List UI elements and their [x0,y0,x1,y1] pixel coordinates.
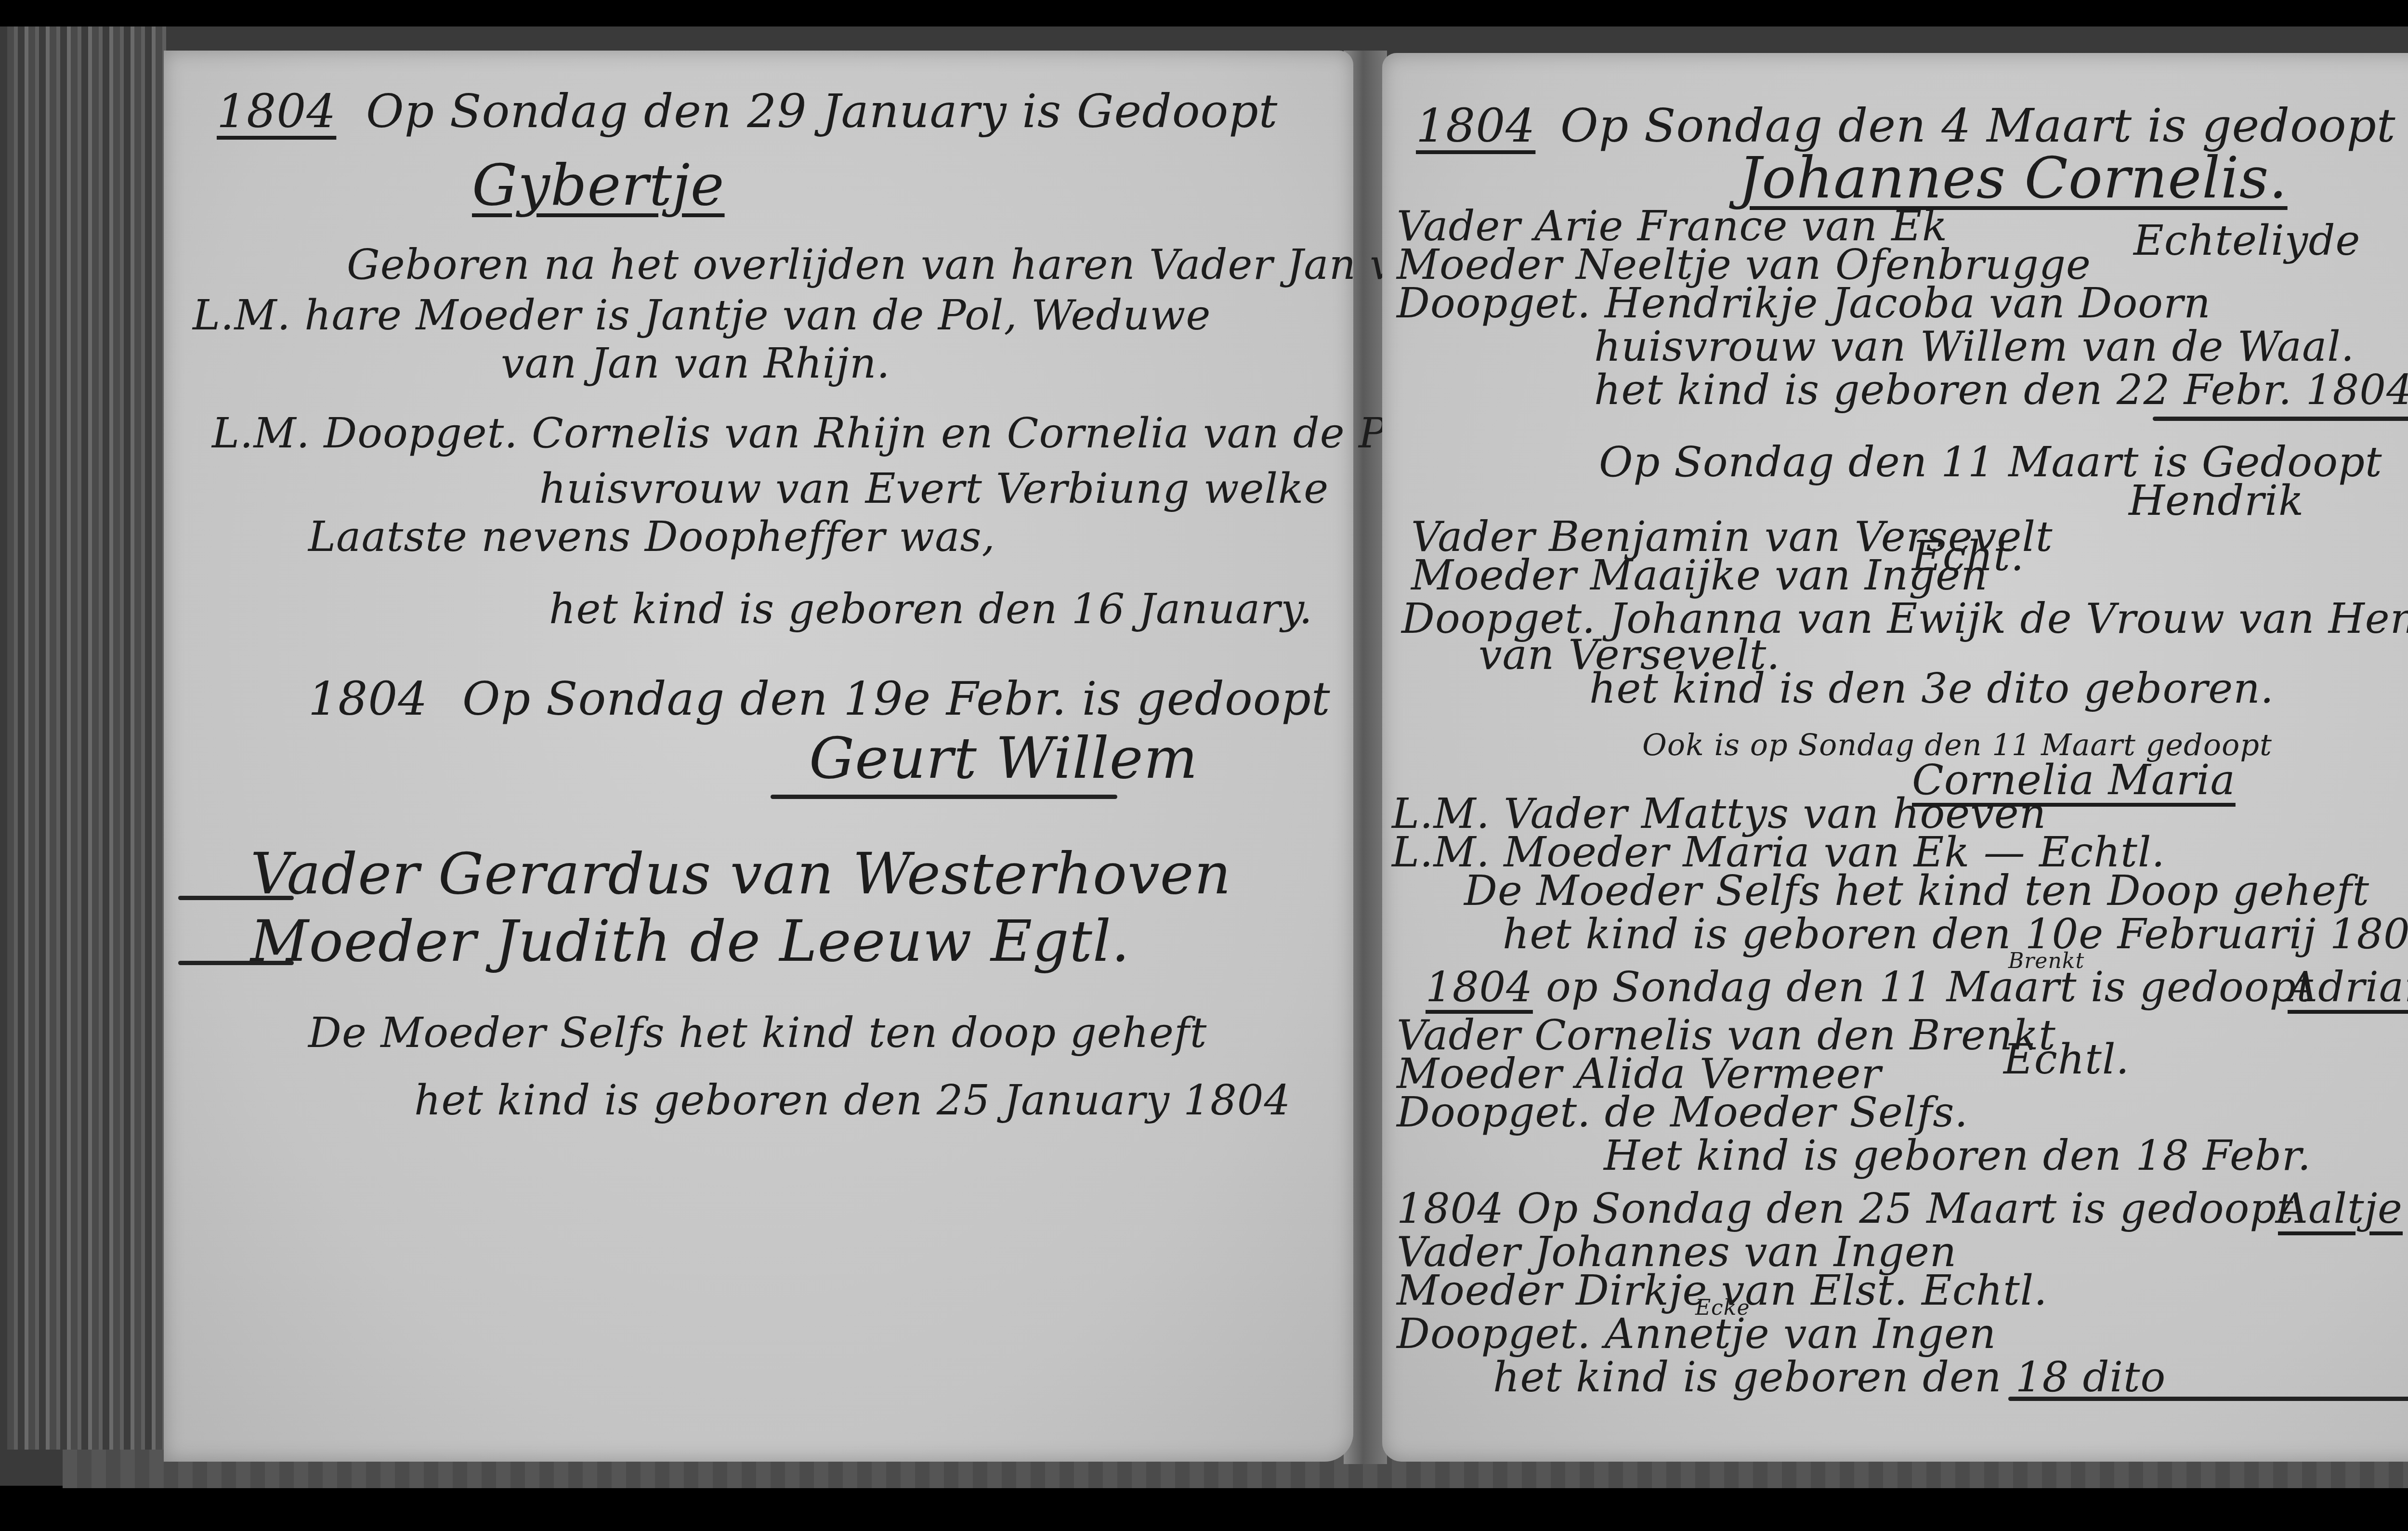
margin-dash [178,961,294,965]
entry-line: Laatste nevens Doopheffer was, [308,513,995,561]
entry-line: De Moeder Selfs het kind ten doop geheft [308,1009,1207,1057]
entry-line: Moeder Maaijke van Ingen [1411,551,1988,600]
entry-line: huisvrouw van Willem van de Waal. [1594,323,2355,371]
entry-line: van Jan van Rhijn. [501,340,890,388]
child-name: Hendrik [2129,477,2304,525]
underline-rule [2153,417,2408,421]
entry-line: L.M. Doopget. Cornelis van Rhijn en Corn… [212,409,1425,458]
closing-rule [2008,1397,2408,1401]
entry-line: Moeder Judith de Leeuw Egtl. [250,908,1130,974]
entry-year: 1804 [1416,99,1535,153]
entry-heading: Op Sondag den 25 Maart is gedoopt [1517,1185,2294,1233]
bracket-note: Echt. [1912,532,2024,580]
entry-heading: Op Sondag den 29 January is Gedoopt [366,84,1278,138]
bracket-note: Echtl. [2003,1035,2130,1084]
entry-line: het kind is geboren den 16 January. [549,585,1313,633]
entry-line: L.M. hare Moeder is Jantje van de Pol, W… [193,291,1211,340]
entry-year: 1804 [1426,963,1533,1011]
entry-line: het kind is geboren den 10e Februarij 18… [1503,910,2408,958]
entry-line: Doopget. de Moeder Selfs. [1397,1088,1968,1137]
entry-line: het kind is geboren den 25 January 1804 [414,1076,1291,1125]
entry-year: 1804 [308,672,428,726]
entry-heading: Op Sondag den 19e Febr. is gedoopt [462,672,1331,726]
child-name: Geurt Willem [809,725,1198,791]
entry-line: Het kind is geboren den 18 Febr. [1604,1132,2311,1180]
entry-line: Vader Gerardus van Westerhoven [250,840,1231,907]
entry-year: 1804 [1397,1185,1504,1233]
entry-line: Doopget. Annetje van Ingen [1397,1310,1996,1358]
underline-rule [771,795,1117,799]
bracket-note: Echteliyde [2133,217,2360,265]
left-page: 1804 Op Sondag den 29 January is Gedoopt… [164,51,1353,1462]
entry-line: De Moeder Selfs het kind ten Doop geheft [1464,867,2369,915]
child-name: Adrianus. [2288,963,2408,1011]
margin-dash [178,896,294,900]
entry-year: 1804 [217,84,336,138]
child-name: Gybertje [472,152,725,218]
child-name: Aaltje [2278,1185,2403,1233]
entry-line: het kind is geboren den 22 Febr. 1804 [1594,366,2408,414]
entry-line: huisvrouw van Evert Verbiung welke [539,465,1329,513]
entry-heading: op Sondag den 11 Maart is gedoopt [1546,963,2314,1011]
entry-line: Doopget. Hendrikje Jacoba van Doorn [1397,279,2211,327]
entry-line: het kind is den 3e dito geboren. [1589,665,2274,713]
book-page-edges-left [7,26,166,1450]
right-page: 1804 Op Sondag den 4 Maart is gedoopt Jo… [1382,53,2408,1462]
interlinear-correction: Brenkt [2008,949,2084,973]
child-name: Johannes Cornelis. [1739,144,2288,211]
entry-line: het kind is geboren den 18 dito [1493,1353,2166,1401]
